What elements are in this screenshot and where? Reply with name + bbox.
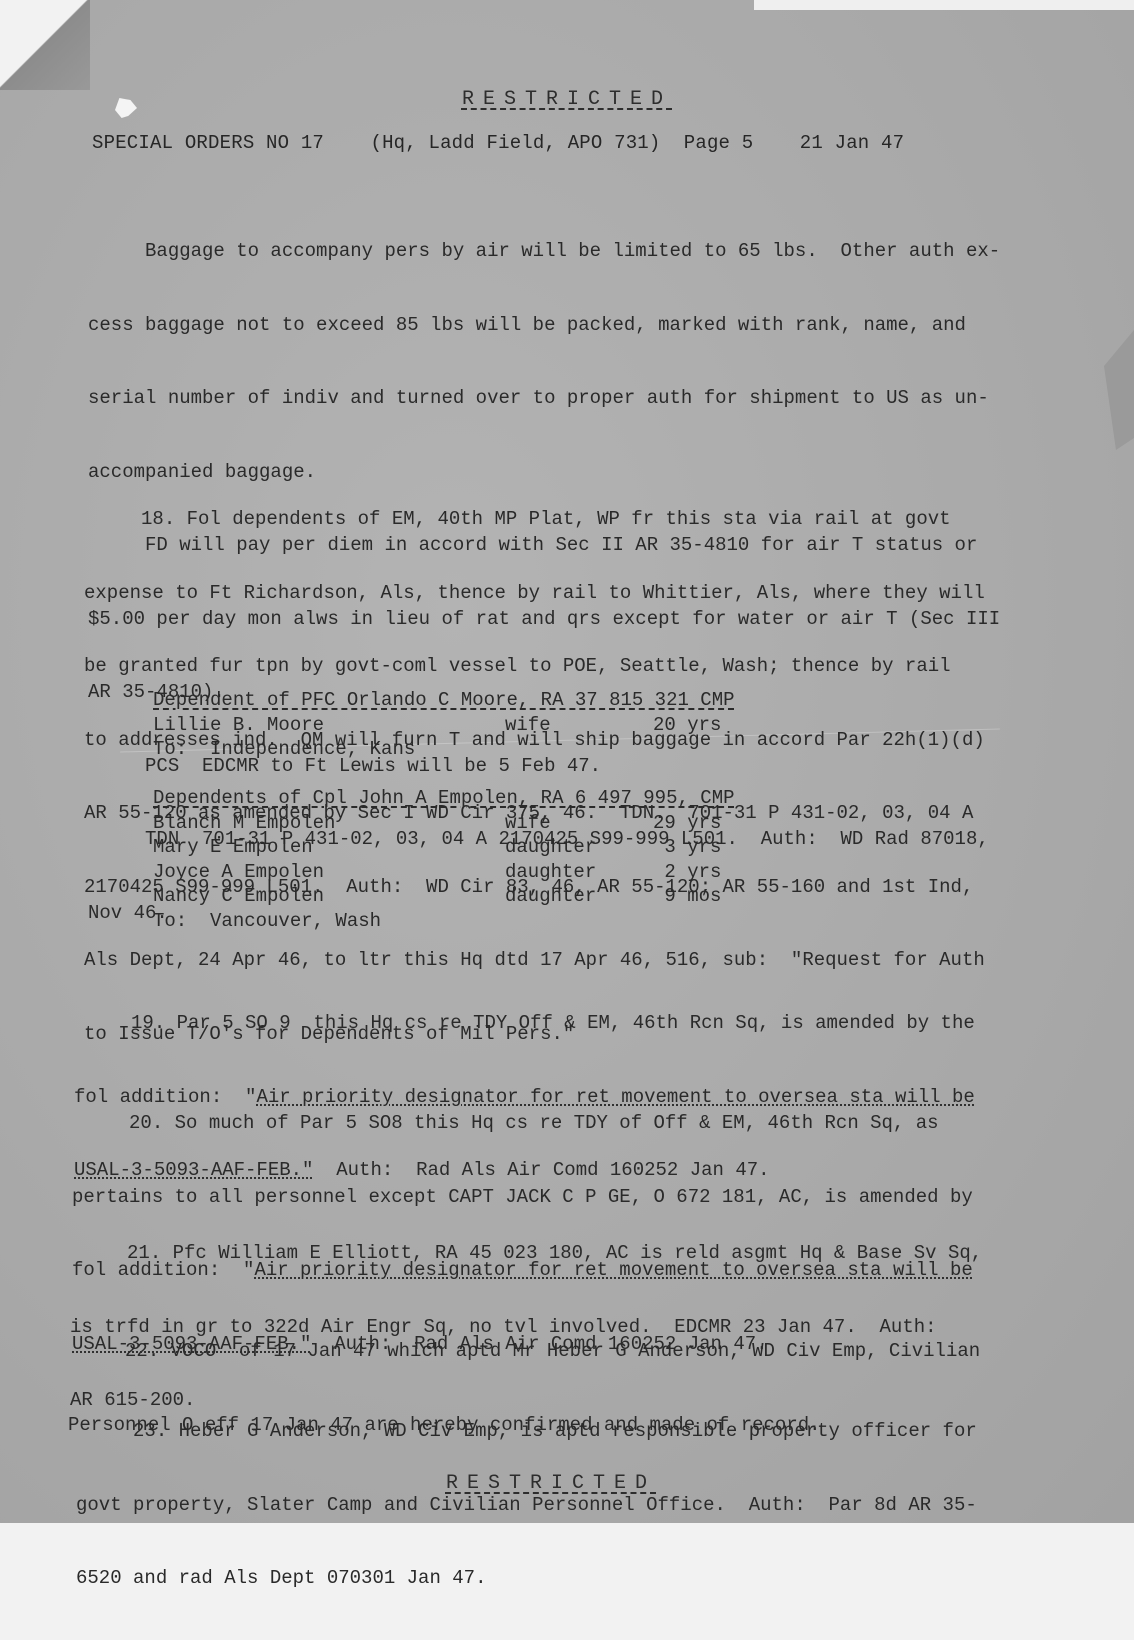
text-line: 18. Fol dependents of EM, 40th MP Plat, … xyxy=(84,507,985,532)
dependent-destination: To: Vancouver, Wash xyxy=(153,909,773,934)
text-line: Baggage to accompany pers by air will be… xyxy=(88,239,1000,264)
dependent-age: 3 yrs xyxy=(653,835,773,860)
text-line: expense to Ft Richardson, Als, thence by… xyxy=(84,581,985,606)
paper-tear xyxy=(1104,330,1134,450)
paragraph-23: 23. Heber G Anderson, WD Civ Emp, is apt… xyxy=(76,1370,977,1523)
text-line: 19. Par 5 SO 9 this Hq cs re TDY Off & E… xyxy=(74,1011,975,1036)
order-number: SPECIAL ORDERS NO 17 xyxy=(92,132,324,154)
dependent-age: 2 yrs xyxy=(653,860,773,885)
classification-footer: RESTRICTED xyxy=(0,1472,1118,1495)
text-line: 22. VOCO of 17 Jan 47 which aptd Mr Hebe… xyxy=(68,1339,980,1364)
text-line: serial number of indiv and turned over t… xyxy=(88,386,1000,411)
issuer: (Hq, Ladd Field, APO 731) xyxy=(370,132,660,154)
scanned-page: RESTRICTED SPECIAL ORDERS NO 17 (Hq, Lad… xyxy=(0,0,1134,1523)
dependent-relation: daughter xyxy=(505,835,653,860)
dependent-name: Blanch M Empolen xyxy=(153,811,505,836)
dependent-group-empolen: Dependents of Cpl John A Empolen, RA 6 4… xyxy=(153,786,773,933)
dependent-row: Joyce A Empolen daughter 2 yrs xyxy=(153,860,773,885)
text-line: 21. Pfc William E Elliott, RA 45 023 180… xyxy=(70,1241,982,1266)
folded-corner xyxy=(0,0,90,90)
dependent-age: 20 yrs xyxy=(653,713,773,738)
dependent-age: 29 yrs xyxy=(653,811,773,836)
dependent-name: Mary E Empolen xyxy=(153,835,505,860)
classification-header: RESTRICTED xyxy=(0,88,1134,111)
dependent-heading: Dependent of PFC Orlando C Moore, RA 37 … xyxy=(153,688,773,713)
dependent-row: Blanch M Empolen wife 29 yrs xyxy=(153,811,773,836)
text-line: be granted fur tpn by govt-coml vessel t… xyxy=(84,654,985,679)
text-line: 20. So much of Par 5 SO8 this Hq cs re T… xyxy=(72,1111,973,1136)
dependent-relation: wife xyxy=(505,811,653,836)
dependent-relation: daughter xyxy=(505,884,653,909)
dependent-row: Nancy C Empolen daughter 9 mos xyxy=(153,884,773,909)
dependent-name: Nancy C Empolen xyxy=(153,884,505,909)
dependent-relation: wife xyxy=(505,713,653,738)
text-line: 23. Heber G Anderson, WD Civ Emp, is apt… xyxy=(76,1419,977,1444)
dependent-row: Lillie B. Moore wife 20 yrs xyxy=(153,713,773,738)
text-line: cess baggage not to exceed 85 lbs will b… xyxy=(88,313,1000,338)
dependent-row: Mary E Empolen daughter 3 yrs xyxy=(153,835,773,860)
dependent-destination: To: Independence, Kans xyxy=(153,737,773,762)
dependent-name: Lillie B. Moore xyxy=(153,713,505,738)
order-date: 21 Jan 47 xyxy=(800,132,904,154)
page-number: Page 5 xyxy=(684,132,754,154)
dependent-group-moore: Dependent of PFC Orlando C Moore, RA 37 … xyxy=(153,688,773,762)
dependent-relation: daughter xyxy=(505,860,653,885)
text-line: govt property, Slater Camp and Civilian … xyxy=(76,1493,977,1518)
dependent-heading: Dependents of Cpl John A Empolen, RA 6 4… xyxy=(153,786,773,811)
page-edge xyxy=(754,0,1134,10)
order-header: SPECIAL ORDERS NO 17 (Hq, Ladd Field, AP… xyxy=(92,132,904,154)
dependent-name: Joyce A Empolen xyxy=(153,860,505,885)
dependent-age: 9 mos xyxy=(653,884,773,909)
